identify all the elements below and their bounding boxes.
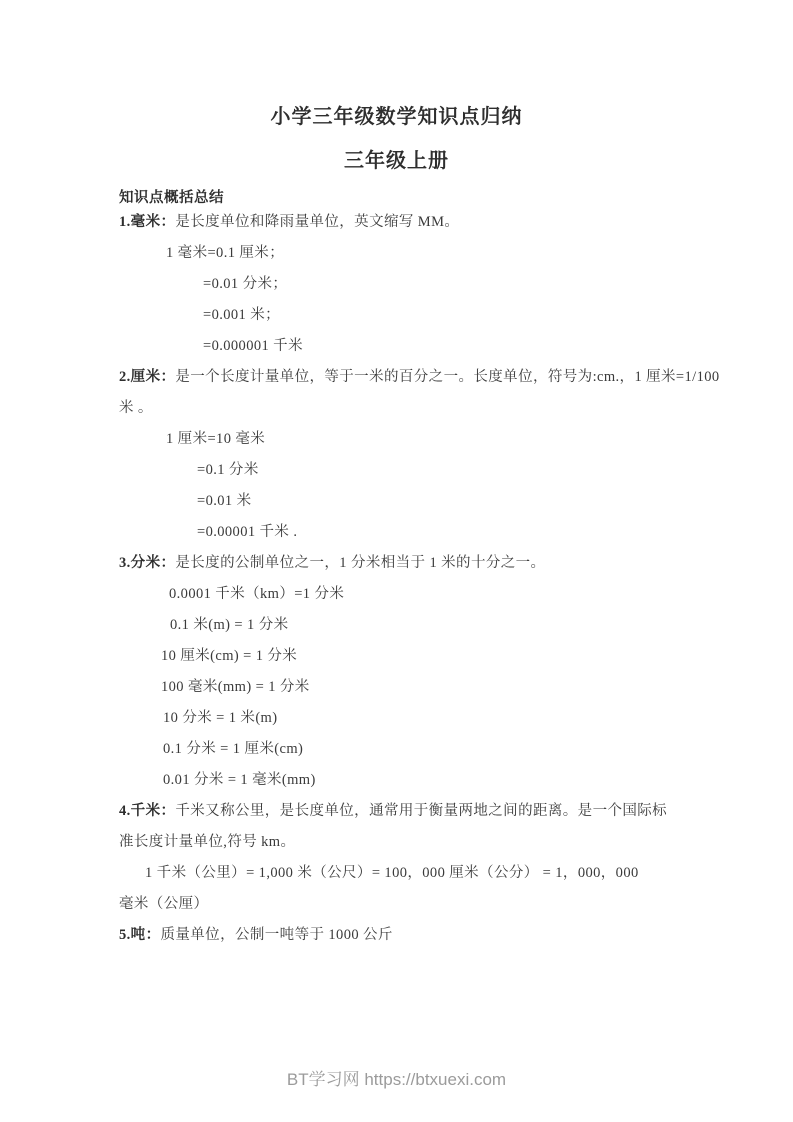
item-5-text: 质量单位，公制一吨等于 1000 公斤 xyxy=(160,927,392,943)
document-page: 小学三年级数学知识点归纳 三年级上册 知识点概括总结 1.毫米：是长度单位和降雨… xyxy=(0,0,793,1122)
item-2-conversion-line: =0.01 米 xyxy=(197,486,753,517)
item-3-conversion-line: 0.1 分米 = 1 厘米(cm) xyxy=(163,734,753,765)
item-2-definition-continuation: 米 。 xyxy=(119,393,753,424)
item-1-conversion-line: =0.01 分米； xyxy=(203,269,753,300)
doc-subtitle: 三年级上册 xyxy=(0,144,793,173)
item-4-text: 千米又称公里，是长度单位，通常用于衡量两地之间的距离。是一个国际标 xyxy=(175,803,667,819)
item-3-conversion-line: 0.1 米(m) = 1 分米 xyxy=(170,610,753,641)
item-4-definition-continuation: 准长度计量单位,符号 km。 xyxy=(119,827,753,858)
item-4-formula-line: 1 千米（公里）= 1,000 米（公尺）= 100，000 厘米（公分） = … xyxy=(145,858,753,889)
item-2-definition: 2.厘米：是一个长度计量单位，等于一米的百分之一。长度单位，符号为:cm.，1 … xyxy=(119,362,753,393)
item-1-conversion-line: =0.001 米； xyxy=(203,300,753,331)
document-body: 1.毫米：是长度单位和降雨量单位，英文缩写 MM。 1 毫米=0.1 厘米； =… xyxy=(119,207,753,951)
item-3-conversion-line: 10 分米 = 1 米(m) xyxy=(163,703,753,734)
item-2-term: 2.厘米： xyxy=(119,369,175,385)
item-2-text: 是一个长度计量单位，等于一米的百分之一。长度单位，符号为:cm.，1 厘米=1/… xyxy=(175,369,719,385)
item-3-text: 是长度的公制单位之一，1 分米相当于 1 米的十分之一。 xyxy=(175,555,545,571)
item-4-term: 4.千米： xyxy=(119,803,175,819)
item-3-term: 3.分米： xyxy=(119,555,175,571)
item-5-definition: 5.吨：质量单位，公制一吨等于 1000 公斤 xyxy=(119,920,753,951)
item-3-conversion-line: 10 厘米(cm) = 1 分米 xyxy=(161,641,753,672)
item-3-conversion-line: 0.01 分米 = 1 毫米(mm) xyxy=(163,765,753,796)
section-heading: 知识点概括总结 xyxy=(119,186,224,207)
item-3-conversion-line: 0.0001 千米（km）=1 分米 xyxy=(169,579,753,610)
footer-site-link[interactable]: BT学习网 https://btxuexi.com xyxy=(287,1070,506,1089)
item-1-term: 1.毫米： xyxy=(119,214,175,230)
item-4-formula-continuation: 毫米（公厘） xyxy=(119,889,753,920)
item-1-definition: 1.毫米：是长度单位和降雨量单位，英文缩写 MM。 xyxy=(119,207,753,238)
item-1-conversion-line: =0.000001 千米 xyxy=(203,331,753,362)
item-1-conversion-line: 1 毫米=0.1 厘米； xyxy=(166,238,753,269)
doc-title: 小学三年级数学知识点归纳 xyxy=(0,100,793,129)
item-1-text: 是长度单位和降雨量单位，英文缩写 MM。 xyxy=(175,214,459,230)
item-2-conversion-line: =0.00001 千米 . xyxy=(197,517,753,548)
item-3-definition: 3.分米：是长度的公制单位之一，1 分米相当于 1 米的十分之一。 xyxy=(119,548,753,579)
item-2-conversion-line: 1 厘米=10 毫米 xyxy=(166,424,753,455)
page-footer: BT学习网 https://btxuexi.com xyxy=(0,1064,793,1095)
item-4-definition: 4.千米：千米又称公里，是长度单位，通常用于衡量两地之间的距离。是一个国际标 xyxy=(119,796,753,827)
item-2-conversion-line: =0.1 分米 xyxy=(197,455,753,486)
item-3-conversion-line: 100 毫米(mm) = 1 分米 xyxy=(161,672,753,703)
item-5-term: 5.吨： xyxy=(119,927,160,943)
